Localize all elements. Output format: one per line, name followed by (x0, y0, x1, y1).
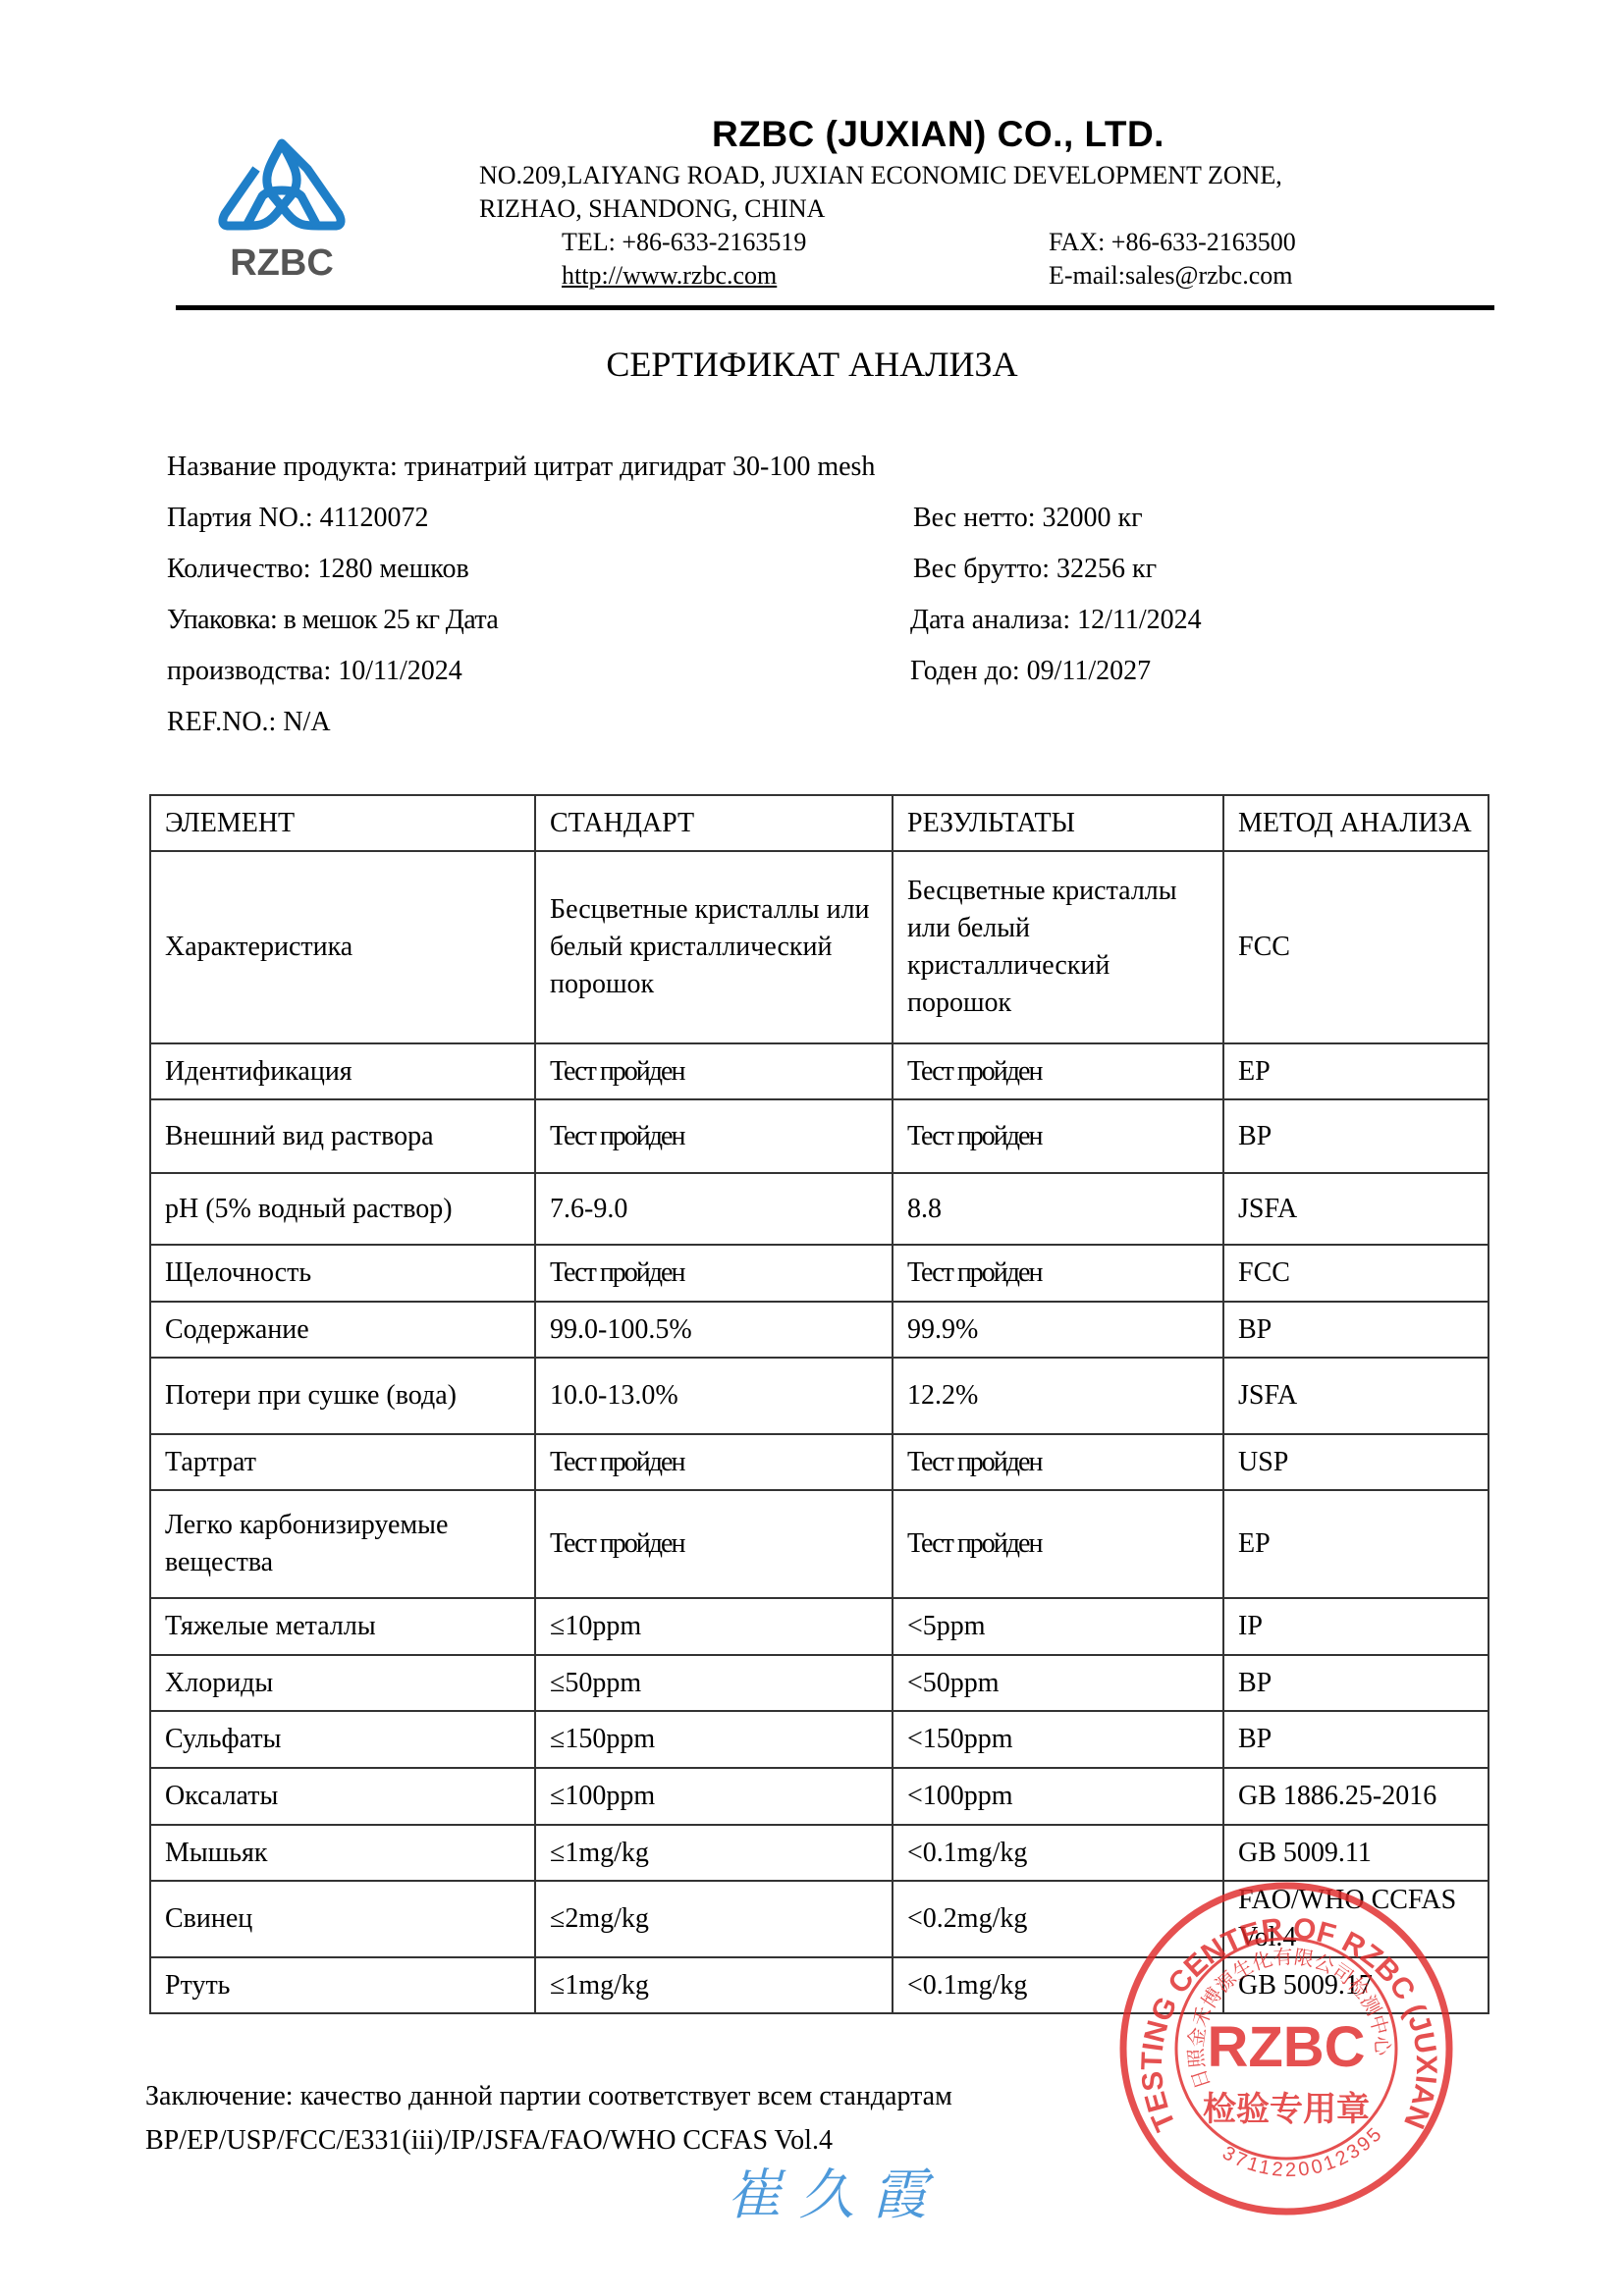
method-cell: JSFA (1223, 1173, 1489, 1245)
method-cell: FCC (1223, 1245, 1489, 1302)
product-name: Название продукта: тринатрий цитрат диги… (167, 452, 875, 483)
method-cell: FAO/WHO CCFAS Vol.4 (1223, 1881, 1489, 1957)
svg-text:3711220012395: 3711220012395 (1218, 2122, 1387, 2181)
table-row: Содержание99.0-100.5%99.9%BP (150, 1302, 1489, 1358)
triangle-knot-icon: RZBC (211, 135, 353, 283)
method-cell: USP (1223, 1434, 1489, 1490)
svg-text:RZBC: RZBC (1207, 2015, 1365, 2079)
table-row: Потери при сушке (вода)10.0-13.0%12.2%JS… (150, 1358, 1489, 1434)
packing: Упаковка: в мешок 25 кг Дата (167, 605, 498, 636)
standard-cell: ≤150ppm (535, 1711, 893, 1768)
company-name: RZBC (JUXIAN) CO., LTD. (712, 114, 1164, 155)
table-header-row: ЭЛЕМЕНТСТАНДАРТРЕЗУЛЬТАТЫМЕТОД АНАЛИЗА (150, 795, 1489, 851)
table-row: ИдентификацияТест пройденТест пройденEP (150, 1043, 1489, 1099)
element-cell: Ртуть (150, 1957, 535, 2013)
result-cell: Тест пройден (893, 1099, 1223, 1173)
signature: 崔久霞 (727, 2152, 945, 2230)
element-cell: Содержание (150, 1302, 535, 1358)
standard-cell: Тест пройден (535, 1434, 893, 1490)
element-cell: Внешний вид раствора (150, 1099, 535, 1173)
reference-number: REF.NO.: N/A (167, 707, 331, 738)
element-cell: Характеристика (150, 851, 535, 1043)
net-weight: Вес нетто: 32000 кг (913, 503, 1143, 534)
result-cell: 99.9% (893, 1302, 1223, 1358)
element-cell: Оксалаты (150, 1768, 535, 1825)
analysis-date: Дата анализа: 12/11/2024 (910, 605, 1202, 636)
document-title: СЕРТИФИКАТ АНАЛИЗА (0, 344, 1624, 385)
conclusion-text: Заключение: качество данной партии соотв… (145, 2081, 952, 2112)
gross-weight: Вес брутто: 32256 кг (913, 554, 1157, 585)
table-row: Внешний вид раствораТест пройденТест про… (150, 1099, 1489, 1173)
svg-text:检验专用章: 检验专用章 (1203, 2090, 1370, 2129)
method-cell: GB 5009.17 (1223, 1957, 1489, 2013)
standard-cell: ≤100ppm (535, 1768, 893, 1825)
batch-number: Партия NO.: 41120072 (167, 503, 429, 534)
column-header: РЕЗУЛЬТАТЫ (893, 795, 1223, 851)
address-line-1: NO.209,LAIYANG ROAD, JUXIAN ECONOMIC DEV… (479, 161, 1282, 190)
website-link[interactable]: http://www.rzbc.com (562, 261, 777, 291)
result-cell: Тест пройден (893, 1490, 1223, 1598)
fax-number: FAX: +86-633-2163500 (1049, 228, 1296, 257)
result-cell: <0.1mg/kg (893, 1825, 1223, 1881)
table-row: Хлориды≤50ppm<50ppmBP (150, 1655, 1489, 1711)
standard-cell: 10.0-13.0% (535, 1358, 893, 1434)
method-cell: JSFA (1223, 1358, 1489, 1434)
table-row: Легко карбонизируемые веществаТест пройд… (150, 1490, 1489, 1598)
column-header: СТАНДАРТ (535, 795, 893, 851)
standard-cell: ≤1mg/kg (535, 1957, 893, 2013)
result-cell: Тест пройден (893, 1245, 1223, 1302)
method-cell: EP (1223, 1043, 1489, 1099)
method-cell: GB 5009.11 (1223, 1825, 1489, 1881)
table-row: ХарактеристикаБесцветные кристаллы или б… (150, 851, 1489, 1043)
table-row: Мышьяк≤1mg/kg<0.1mg/kgGB 5009.11 (150, 1825, 1489, 1881)
result-cell: 12.2% (893, 1358, 1223, 1434)
element-cell: Свинец (150, 1881, 535, 1957)
standard-cell: Тест пройден (535, 1043, 893, 1099)
address-line-2: RIZHAO, SHANDONG, CHINA (479, 194, 825, 224)
element-cell: Тартрат (150, 1434, 535, 1490)
standard-cell: Тест пройден (535, 1490, 893, 1598)
element-cell: Мышьяк (150, 1825, 535, 1881)
method-cell: FCC (1223, 851, 1489, 1043)
svg-text:RZBC: RZBC (230, 242, 334, 283)
standard-cell: ≤1mg/kg (535, 1825, 893, 1881)
method-cell: GB 1886.25-2016 (1223, 1768, 1489, 1825)
table-row: Ртуть≤1mg/kg<0.1mg/kgGB 5009.17 (150, 1957, 1489, 2013)
standard-cell: ≤2mg/kg (535, 1881, 893, 1957)
method-cell: BP (1223, 1302, 1489, 1358)
table-row: ТартратТест пройденТест пройденUSP (150, 1434, 1489, 1490)
result-cell: Тест пройден (893, 1043, 1223, 1099)
element-cell: Щелочность (150, 1245, 535, 1302)
standard-cell: 7.6-9.0 (535, 1173, 893, 1245)
table-row: ЩелочностьТест пройденТест пройденFCC (150, 1245, 1489, 1302)
table-row: Свинец≤2mg/kg<0.2mg/kgFAO/WHO CCFAS Vol.… (150, 1881, 1489, 1957)
result-cell: <0.2mg/kg (893, 1881, 1223, 1957)
standard-cell: ≤10ppm (535, 1598, 893, 1655)
quantity: Количество: 1280 мешков (167, 554, 469, 585)
table-row: Оксалаты≤100ppm<100ppmGB 1886.25-2016 (150, 1768, 1489, 1825)
table-row: Сульфаты≤150ppm<150ppmBP (150, 1711, 1489, 1768)
method-cell: BP (1223, 1099, 1489, 1173)
element-cell: Тяжелые металлы (150, 1598, 535, 1655)
result-cell: <5ppm (893, 1598, 1223, 1655)
column-header: ЭЛЕМЕНТ (150, 795, 535, 851)
result-cell: Бесцветные кристаллы или белый кристалли… (893, 851, 1223, 1043)
column-header: МЕТОД АНАЛИЗА (1223, 795, 1489, 851)
result-cell: Тест пройден (893, 1434, 1223, 1490)
element-cell: Сульфаты (150, 1711, 535, 1768)
table-row: pH (5% водный раствор)7.6-9.08.8JSFA (150, 1173, 1489, 1245)
analysis-table: ЭЛЕМЕНТСТАНДАРТРЕЗУЛЬТАТЫМЕТОД АНАЛИЗАХа… (149, 794, 1489, 2014)
element-cell: Хлориды (150, 1655, 535, 1711)
element-cell: Потери при сушке (вода) (150, 1358, 535, 1434)
result-cell: 8.8 (893, 1173, 1223, 1245)
phone-number: TEL: +86-633-2163519 (562, 228, 806, 257)
standard-cell: 99.0-100.5% (535, 1302, 893, 1358)
standard-cell: Тест пройден (535, 1099, 893, 1173)
method-cell: BP (1223, 1711, 1489, 1768)
method-cell: BP (1223, 1655, 1489, 1711)
company-logo: RZBC (211, 135, 353, 283)
standard-cell: ≤50ppm (535, 1655, 893, 1711)
result-cell: <100ppm (893, 1768, 1223, 1825)
element-cell: Легко карбонизируемые вещества (150, 1490, 535, 1598)
result-cell: <0.1mg/kg (893, 1957, 1223, 2013)
result-cell: <150ppm (893, 1711, 1223, 1768)
result-cell: <50ppm (893, 1655, 1223, 1711)
email-address: E-mail:sales@rzbc.com (1049, 261, 1292, 291)
method-cell: EP (1223, 1490, 1489, 1598)
method-cell: IP (1223, 1598, 1489, 1655)
element-cell: pH (5% водный раствор) (150, 1173, 535, 1245)
standard-cell: Тест пройден (535, 1245, 893, 1302)
element-cell: Идентификация (150, 1043, 535, 1099)
expiry-date: Годен до: 09/11/2027 (910, 656, 1151, 687)
table-row: Тяжелые металлы≤10ppm<5ppmIP (150, 1598, 1489, 1655)
standard-cell: Бесцветные кристаллы или белый кристалли… (535, 851, 893, 1043)
header-divider (176, 305, 1494, 310)
production-date: производства: 10/11/2024 (167, 656, 462, 687)
